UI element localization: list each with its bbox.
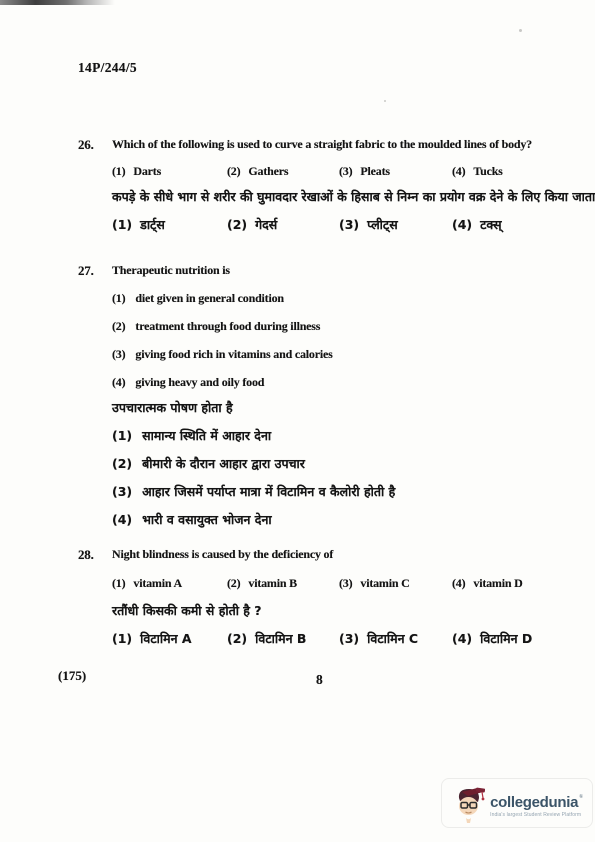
option-text: giving heavy and oily food (135, 375, 264, 389)
question-stem-en: Therapeutic nutrition is (112, 263, 230, 278)
option-label: (2) (227, 164, 240, 179)
scan-speck (519, 29, 522, 32)
option-text: vitamin B (248, 576, 297, 590)
question-stem-en: Which of the following is used to curve … (112, 137, 532, 152)
option-en-4: (4)vitamin D (452, 576, 523, 591)
option-hi-1: (1)डार्ट्स (112, 216, 227, 233)
option-text: डार्ट्स (140, 217, 165, 232)
option-label: (2) (112, 456, 132, 471)
option-text: giving food rich in vitamins and calorie… (135, 347, 332, 361)
option-label: (4) (112, 375, 125, 390)
option-text: Tucks (473, 164, 502, 178)
option-label: (1) (112, 164, 125, 179)
option-en-2: (2)treatment through food during illness (112, 319, 320, 334)
option-text: गेदर्स (255, 217, 277, 232)
question-26-options-en: (1)Darts (2)Gathers (3)Pleats (4)Tucks (112, 164, 503, 179)
option-hi-4: (4)टक्स् (452, 216, 502, 233)
option-text: Pleats (360, 164, 389, 178)
option-label: (2) (227, 631, 247, 646)
logo-text-block: collegedunia® India's largest Student Re… (490, 795, 583, 818)
question-number: 27. (78, 263, 94, 279)
option-hi-2: (2)विटामिन B (227, 630, 339, 647)
question-27-stem-hi: उपचारात्मक पोषण होता है (112, 399, 233, 416)
question-26-stem-hi: कपड़े के सीधे भाग से शरीर की घुमावदार रे… (112, 188, 595, 205)
option-text: विटामिन A (140, 631, 191, 646)
option-en-4: (4)giving heavy and oily food (112, 375, 264, 390)
question-28-options-en: (1)vitamin A (2)vitamin B (3)vitamin C (… (112, 576, 523, 591)
page-number: 8 (316, 672, 323, 688)
option-label: (3) (339, 576, 352, 591)
option-en-1: (1)vitamin A (112, 576, 227, 591)
option-text: प्लीट्स (367, 217, 398, 232)
option-text: treatment through food during illness (135, 319, 320, 333)
option-text: टक्स् (480, 217, 502, 232)
option-hi-1: (1)सामान्य स्थिति में आहार देना (112, 427, 271, 444)
option-en-3: (3)giving food rich in vitamins and calo… (112, 347, 333, 362)
scanned-exam-page: 14P/244/5 26. Which of the following is … (0, 0, 595, 842)
option-text: vitamin D (473, 576, 522, 590)
option-text: भारी व वसायुक्त भोजन देना (142, 512, 272, 527)
option-hi-3: (3)विटामिन C (339, 630, 452, 647)
option-text: विटामिन B (255, 631, 306, 646)
option-hi-3: (3)प्लीट्स (339, 216, 452, 233)
collegedunia-mascot-icon (453, 784, 485, 829)
paper-code: 14P/244/5 (78, 60, 137, 76)
question-number: 28. (78, 547, 94, 563)
option-label: (2) (227, 576, 240, 591)
option-label: (4) (452, 576, 465, 591)
option-label: (3) (339, 217, 359, 232)
option-text: सामान्य स्थिति में आहार देना (142, 428, 271, 443)
option-label: (3) (112, 347, 125, 362)
option-label: (4) (452, 631, 472, 646)
option-label: (3) (112, 484, 132, 499)
logo-tagline: India's largest Student Review Platform (490, 813, 583, 818)
option-label: (1) (112, 428, 132, 443)
option-label: (4) (112, 512, 132, 527)
option-label: (4) (452, 164, 465, 179)
option-label: (1) (112, 291, 125, 306)
option-hi-3: (3)आहार जिसमें पर्याप्त मात्रा में विटाम… (112, 483, 395, 500)
option-text: vitamin A (133, 576, 182, 590)
option-label: (2) (227, 217, 247, 232)
option-label: (3) (339, 631, 359, 646)
option-hi-4: (4)विटामिन D (452, 630, 532, 647)
question-26: 26. Which of the following is used to cu… (60, 137, 588, 237)
option-text: विटामिन D (480, 631, 532, 646)
option-label: (3) (339, 164, 352, 179)
question-28: 28. Night blindness is caused by the def… (60, 547, 588, 657)
scan-speck (384, 100, 386, 102)
question-26-options-hi: (1)डार्ट्स (2)गेदर्स (3)प्लीट्स (4)टक्स् (112, 216, 502, 233)
option-label: (2) (112, 319, 125, 334)
collegedunia-logo: collegedunia® India's largest Student Re… (449, 781, 589, 835)
option-en-3: (3)vitamin C (339, 576, 452, 591)
option-label: (4) (452, 217, 472, 232)
option-label: (1) (112, 576, 125, 591)
option-text: Gathers (248, 164, 288, 178)
option-text: विटामिन C (367, 631, 418, 646)
option-en-1: (1)Darts (112, 164, 227, 179)
option-en-1: (1)diet given in general condition (112, 291, 284, 306)
option-hi-4: (4)भारी व वसायुक्त भोजन देना (112, 511, 272, 528)
question-28-stem-hi: रतौंधी किसकी कमी से होती है ? (112, 602, 262, 619)
logo-wordmark: collegedunia (490, 794, 578, 811)
question-number: 26. (78, 137, 94, 153)
option-text: बीमारी के दौरान आहार द्वारा उपचार (142, 456, 305, 471)
option-text: diet given in general condition (135, 291, 283, 305)
option-text: आहार जिसमें पर्याप्त मात्रा में विटामिन … (142, 484, 395, 499)
option-text: Darts (133, 164, 161, 178)
question-28-options-hi: (1)विटामिन A (2)विटामिन B (3)विटामिन C (… (112, 630, 532, 647)
option-hi-2: (2)बीमारी के दौरान आहार द्वारा उपचार (112, 455, 305, 472)
question-stem-en: Night blindness is caused by the deficie… (112, 547, 333, 562)
option-en-2: (2)Gathers (227, 164, 339, 179)
registered-mark-icon: ® (579, 795, 583, 800)
option-label: (1) (112, 631, 132, 646)
option-label: (1) (112, 217, 132, 232)
question-27: 27. Therapeutic nutrition is (1)diet giv… (60, 263, 588, 533)
option-en-2: (2)vitamin B (227, 576, 339, 591)
option-text: vitamin C (360, 576, 409, 590)
scan-artifact-top-left (0, 0, 255, 5)
series-code: (175) (58, 668, 86, 684)
option-hi-2: (2)गेदर्स (227, 216, 339, 233)
option-hi-1: (1)विटामिन A (112, 630, 227, 647)
option-en-3: (3)Pleats (339, 164, 452, 179)
option-en-4: (4)Tucks (452, 164, 503, 179)
